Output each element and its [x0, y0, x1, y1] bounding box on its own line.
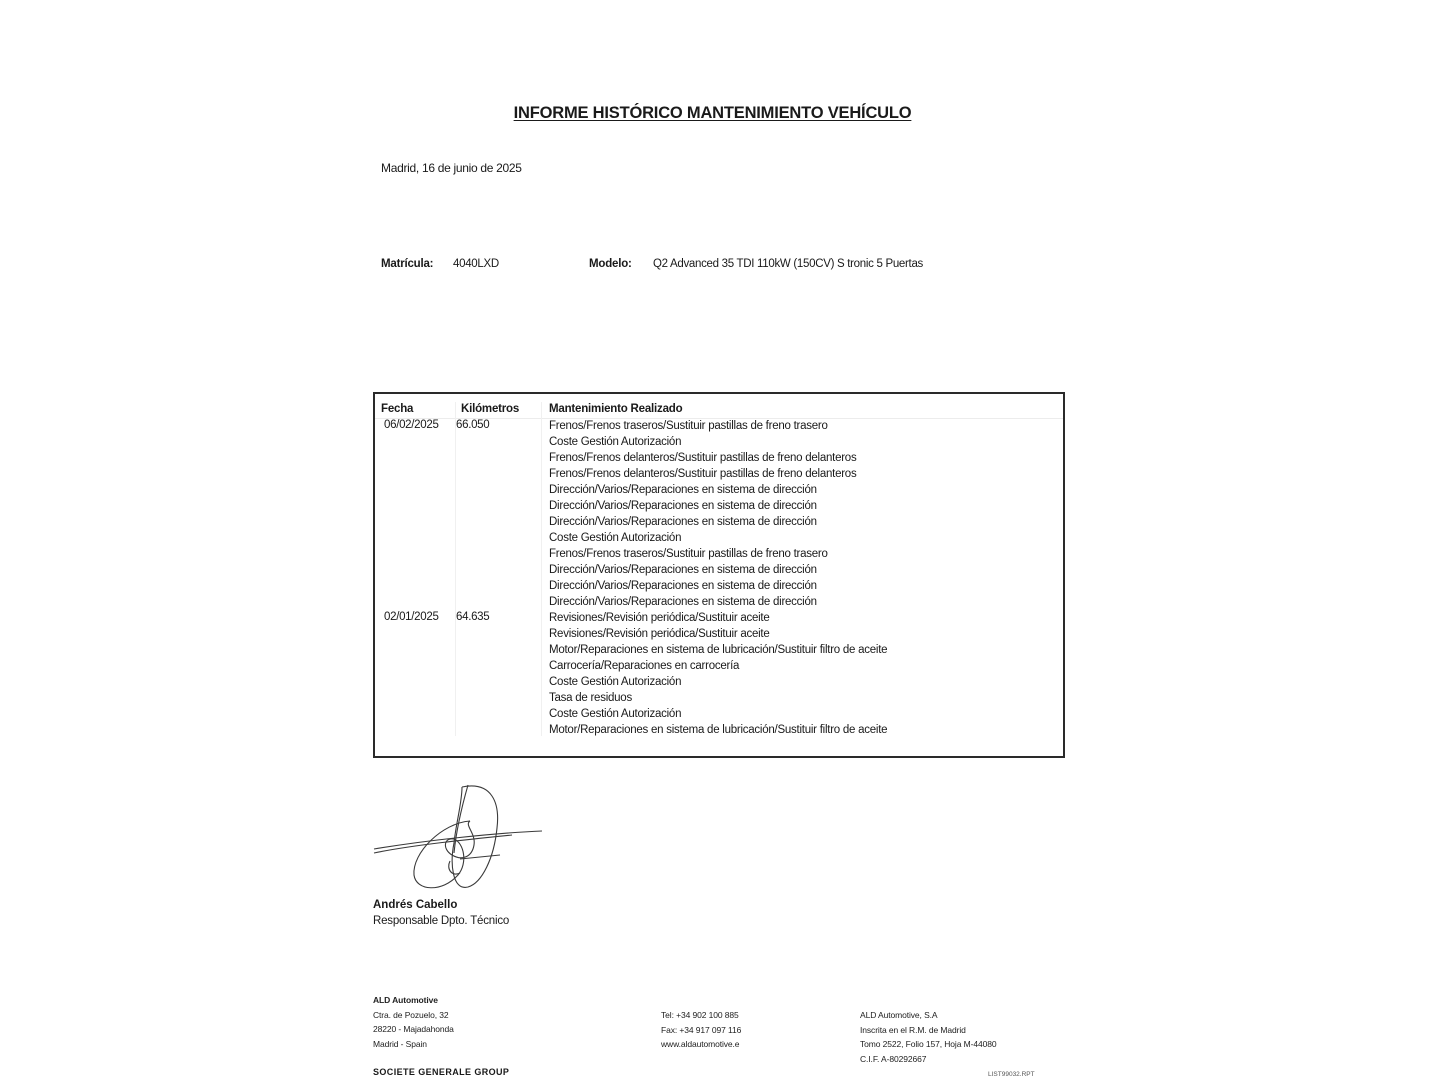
- column-divider: [455, 402, 456, 736]
- footer-legal-line: Inscrita en el R.M. de Madrid: [860, 1023, 996, 1038]
- maintenance-item: Dirección/Varios/Reparaciones en sistema…: [549, 562, 887, 578]
- footer-address-line: Ctra. de Pozuelo, 32: [373, 1008, 454, 1023]
- maintenance-item: Tasa de residuos: [549, 690, 887, 706]
- header-kilometros: Kilómetros: [461, 403, 519, 415]
- maintenance-item: Motor/Reparaciones en sistema de lubrica…: [549, 642, 887, 658]
- footer-phone: Tel: +34 902 100 885: [661, 1008, 741, 1023]
- maintenance-item: Motor/Reparaciones en sistema de lubrica…: [549, 722, 887, 738]
- maintenance-item: Dirección/Varios/Reparaciones en sistema…: [549, 578, 887, 594]
- maintenance-item: Carrocería/Reparaciones en carrocería: [549, 658, 887, 674]
- footer-document-code: LIST99032.RPT: [988, 1071, 1035, 1078]
- maintenance-item: Frenos/Frenos traseros/Sustituir pastill…: [549, 418, 887, 434]
- maintenance-table: Fecha Kilómetros Mantenimiento Realizado…: [373, 392, 1065, 758]
- maintenance-item: Dirección/Varios/Reparaciones en sistema…: [549, 514, 887, 530]
- entry-km: 64.635: [456, 611, 489, 623]
- footer-company: ALD Automotive: [373, 993, 454, 1008]
- column-divider: [541, 402, 542, 736]
- header-mantenimiento: Mantenimiento Realizado: [549, 403, 682, 415]
- signatory-name: Andrés Cabello: [373, 899, 457, 911]
- model-label: Modelo:: [589, 258, 632, 270]
- maintenance-item: Frenos/Frenos delanteros/Sustituir pasti…: [549, 466, 887, 482]
- entry-date: 06/02/2025: [384, 419, 439, 431]
- maintenance-item: Coste Gestión Autorización: [549, 706, 887, 722]
- maintenance-item: Revisiones/Revisión periódica/Sustituir …: [549, 610, 887, 626]
- signatory-role: Responsable Dpto. Técnico: [373, 915, 509, 927]
- footer-group-brand: SOCIETE GENERALE GROUP: [373, 1067, 509, 1077]
- footer-legal-block: ALD Automotive, S.A Inscrita en el R.M. …: [860, 1008, 996, 1066]
- footer-company-block: ALD Automotive Ctra. de Pozuelo, 32 2822…: [373, 993, 454, 1051]
- maintenance-item: Frenos/Frenos delanteros/Sustituir pasti…: [549, 450, 887, 466]
- maintenance-item: Revisiones/Revisión periódica/Sustituir …: [549, 626, 887, 642]
- maintenance-item: Dirección/Varios/Reparaciones en sistema…: [549, 482, 887, 498]
- footer-address-line: 28220 - Majadahonda: [373, 1022, 454, 1037]
- footer-contact-block: Tel: +34 902 100 885 Fax: +34 917 097 11…: [661, 1008, 741, 1052]
- place-date: Madrid, 16 de junio de 2025: [381, 161, 522, 175]
- plate-value: 4040LXD: [453, 258, 499, 270]
- maintenance-item: Coste Gestión Autorización: [549, 674, 887, 690]
- footer-website: www.aldautomotive.e: [661, 1037, 741, 1052]
- model-value: Q2 Advanced 35 TDI 110kW (150CV) S troni…: [653, 258, 923, 270]
- footer-legal-line: ALD Automotive, S.A: [860, 1008, 996, 1023]
- maintenance-item: Coste Gestión Autorización: [549, 530, 887, 546]
- signature-image: [372, 783, 547, 895]
- entry-date: 02/01/2025: [384, 611, 439, 623]
- maintenance-items-list: Frenos/Frenos traseros/Sustituir pastill…: [549, 418, 887, 738]
- maintenance-item: Dirección/Varios/Reparaciones en sistema…: [549, 594, 887, 610]
- table-header: Fecha Kilómetros Mantenimiento Realizado: [375, 402, 1063, 419]
- plate-label: Matrícula:: [381, 258, 433, 270]
- maintenance-item: Coste Gestión Autorización: [549, 434, 887, 450]
- footer-fax: Fax: +34 917 097 116: [661, 1023, 741, 1038]
- maintenance-item: Frenos/Frenos traseros/Sustituir pastill…: [549, 546, 887, 562]
- document-title: INFORME HISTÓRICO MANTENIMIENTO VEHÍCULO: [0, 104, 1425, 123]
- entry-km: 66.050: [456, 419, 489, 431]
- header-fecha: Fecha: [381, 403, 413, 415]
- maintenance-item: Dirección/Varios/Reparaciones en sistema…: [549, 498, 887, 514]
- footer-legal-line: Tomo 2522, Folio 157, Hoja M-44080: [860, 1037, 996, 1052]
- footer-address-line: Madrid - Spain: [373, 1037, 454, 1052]
- footer-legal-line: C.I.F. A-80292667: [860, 1052, 996, 1067]
